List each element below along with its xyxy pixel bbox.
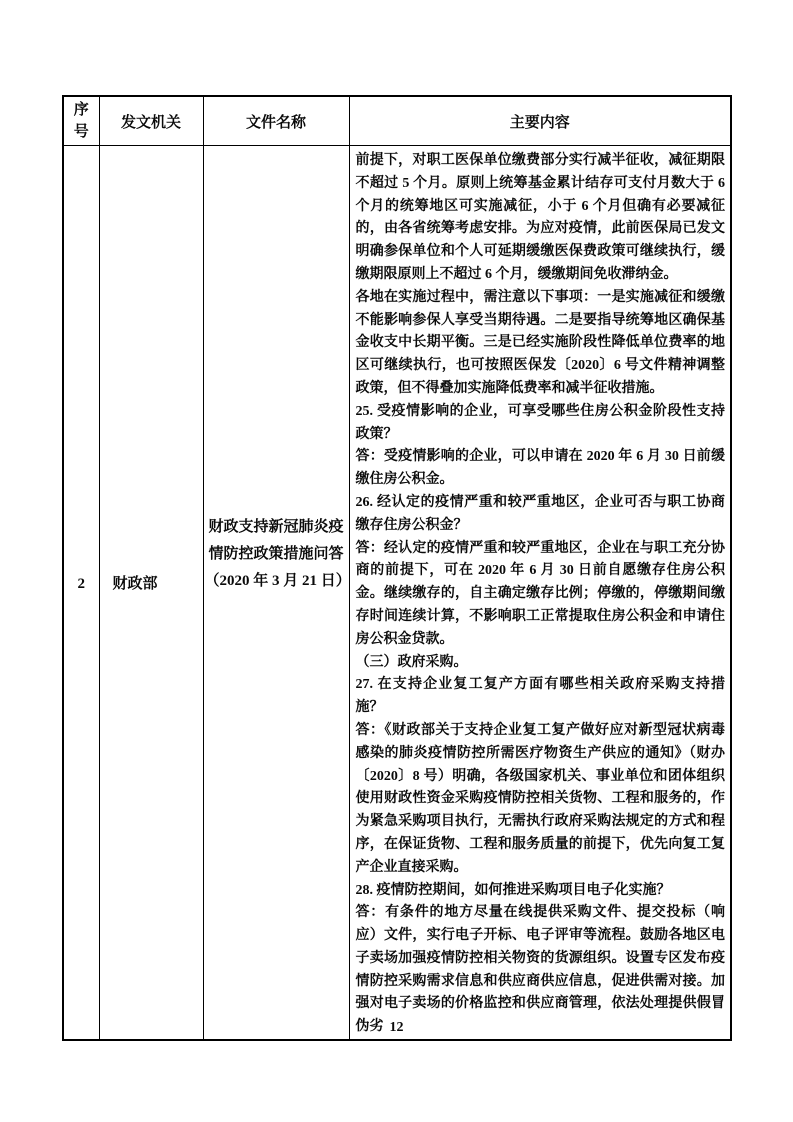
row-index-value: 2 [65, 576, 98, 593]
doc-title-line: 财政支持新冠肺炎疫 [205, 514, 348, 541]
content-paragraph: 26. 经认定的疫情严重和较严重地区，企业可否与职工协商缴存住房公积金？ [356, 492, 726, 538]
main-content: 前提下，对职工医保单位缴费部分实行减半征收，减征期限不超过 5 个月。原则上统筹… [356, 150, 726, 1039]
header-agency: 发文机关 [99, 96, 203, 146]
policy-table: 序号 发文机关 文件名称 主要内容 2 财政部 财政支持新冠肺炎疫 情防控政策措… [62, 95, 732, 1041]
table-row: 2 财政部 财政支持新冠肺炎疫 情防控政策措施问答 （2020 年 3 月 21… [63, 146, 731, 1041]
content-paragraph: 答：有条件的地方尽量在线提供采购文件、提交投标（响应）文件，实行电子开标、电子评… [356, 902, 726, 1039]
doc-title-line: （2020 年 3 月 21 日） [205, 568, 348, 595]
cell-doc-name: 财政支持新冠肺炎疫 情防控政策措施问答 （2020 年 3 月 21 日） [203, 146, 349, 1041]
content-paragraph: 答：《财政部关于支持企业复工复产做好应对新型冠状病毒感染的肺炎疫情防控所需医疗物… [356, 720, 726, 880]
doc-title: 财政支持新冠肺炎疫 情防控政策措施问答 （2020 年 3 月 21 日） [205, 514, 348, 595]
cell-content: 前提下，对职工医保单位缴费部分实行减半征收，减征期限不超过 5 个月。原则上统筹… [349, 146, 731, 1041]
document-page: 序号 发文机关 文件名称 主要内容 2 财政部 财政支持新冠肺炎疫 情防控政策措… [0, 0, 793, 1122]
content-paragraph: 答：受疫情影响的企业，可以申请在 2020 年 6 月 30 日前缓缴住房公积金… [356, 446, 726, 492]
content-paragraph: 27. 在支持企业复工复产方面有哪些相关政府采购支持措施？ [356, 674, 726, 720]
header-content: 主要内容 [349, 96, 731, 146]
header-index: 序号 [63, 96, 99, 146]
content-paragraph: （三）政府采购。 [356, 652, 726, 675]
header-row: 序号 发文机关 文件名称 主要内容 [63, 96, 731, 146]
content-paragraph: 答：经认定的疫情严重和较严重地区，企业在与职工充分协商的前提下，可在 2020 … [356, 538, 726, 652]
content-paragraph: 25. 受疫情影响的企业，可享受哪些住房公积金阶段性支持政策？ [356, 401, 726, 447]
content-paragraph: 各地在实施过程中，需注意以下事项：一是实施减征和缓缴不能影响参保人享受当期待遇。… [356, 287, 726, 401]
header-doc-name: 文件名称 [203, 96, 349, 146]
content-paragraph: 28. 疫情防控期间，如何推进采购项目电子化实施？ [356, 880, 726, 903]
agency-name: 财政部 [113, 572, 202, 593]
doc-title-line: 情防控政策措施问答 [205, 541, 348, 568]
cell-agency: 财政部 [99, 146, 203, 1041]
page-number: 12 [0, 1020, 793, 1036]
header-index-label: 序号 [73, 99, 90, 143]
content-paragraph: 前提下，对职工医保单位缴费部分实行减半征收，减征期限不超过 5 个月。原则上统筹… [356, 150, 726, 287]
cell-index: 2 [63, 146, 99, 1041]
